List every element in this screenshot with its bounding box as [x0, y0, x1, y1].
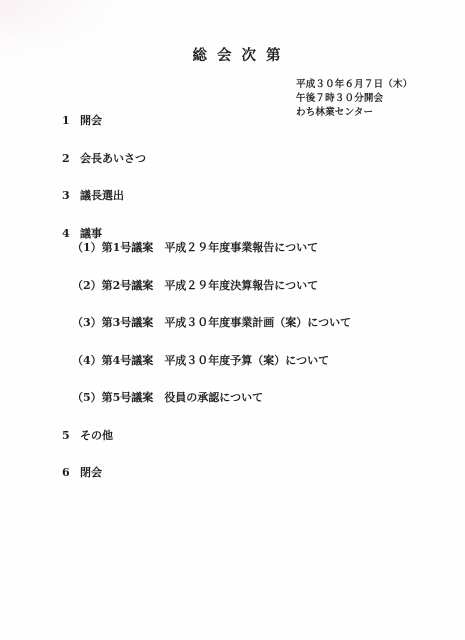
proposal-number: （1） — [72, 241, 102, 254]
proposal-case: 第2号議案 — [102, 279, 154, 292]
proposal-number: （5） — [72, 391, 102, 404]
proposal-2: （2）第2号議案平成２９年度決算報告について — [72, 279, 351, 292]
proposal-4: （4）第4号議案平成３０年度予算（案）について — [72, 354, 351, 367]
meeting-time: 午後７時３０分開会 — [296, 92, 412, 106]
agenda-list: 1開会 2会長あいさつ 3議長選出 4議事 （1）第1号議案平成２９年度事業報告… — [62, 114, 351, 504]
agenda-item-chairman-greeting: 2会長あいさつ — [62, 152, 351, 165]
proposal-1: （1）第1号議案平成２９年度事業報告について — [72, 241, 351, 254]
proposal-list: （1）第1号議案平成２９年度事業報告について （2）第2号議案平成２９年度決算報… — [72, 241, 351, 404]
proposal-case: 第1号議案 — [102, 241, 154, 254]
agenda-item-chair-election: 3議長選出 — [62, 189, 351, 202]
item-label: その他 — [80, 429, 113, 442]
proposal-5: （5）第5号議案役員の承認について — [72, 391, 351, 404]
item-label: 議事 — [80, 227, 102, 240]
item-number: 2 — [62, 152, 80, 165]
proposal-number: （2） — [72, 279, 102, 292]
scanned-document-page: 総会次第 平成３０年６月７日（木） 午後７時３０分開会 わち林業センター 1開会… — [0, 0, 465, 640]
item-number: 6 — [62, 466, 80, 479]
item-label: 閉会 — [80, 466, 102, 479]
item-number: 5 — [62, 429, 80, 442]
agenda-item-other: 5その他 — [62, 429, 351, 442]
agenda-item-opening: 1開会 — [62, 114, 351, 127]
item-number: 1 — [62, 114, 80, 127]
agenda-item-closing: 6閉会 — [62, 466, 351, 479]
proposal-topic: 平成２９年度事業報告について — [164, 241, 318, 254]
proposal-number: （4） — [72, 354, 102, 367]
proposal-topic: 平成３０年度予算（案）について — [164, 354, 329, 367]
proposal-case: 第3号議案 — [102, 316, 154, 329]
proposal-topic: 平成２９年度決算報告について — [164, 279, 318, 292]
item-label: 開会 — [80, 114, 102, 127]
proposal-3: （3）第3号議案平成３０年度事業計画（案）について — [72, 316, 351, 329]
proposal-topic: 役員の承認について — [164, 391, 263, 404]
item-label: 会長あいさつ — [80, 152, 146, 165]
item-number: 3 — [62, 189, 80, 202]
document-title: 総会次第 — [0, 44, 465, 65]
proposal-case: 第5号議案 — [102, 391, 154, 404]
proposal-case: 第4号議案 — [102, 354, 154, 367]
item-number: 4 — [62, 227, 80, 240]
proposal-topic: 平成３０年度事業計画（案）について — [164, 316, 351, 329]
item-label: 議長選出 — [80, 189, 124, 202]
proposal-number: （3） — [72, 316, 102, 329]
meeting-date: 平成３０年６月７日（木） — [296, 78, 412, 92]
agenda-item-proceedings: 4議事 （1）第1号議案平成２９年度事業報告について （2）第2号議案平成２９年… — [62, 227, 351, 405]
